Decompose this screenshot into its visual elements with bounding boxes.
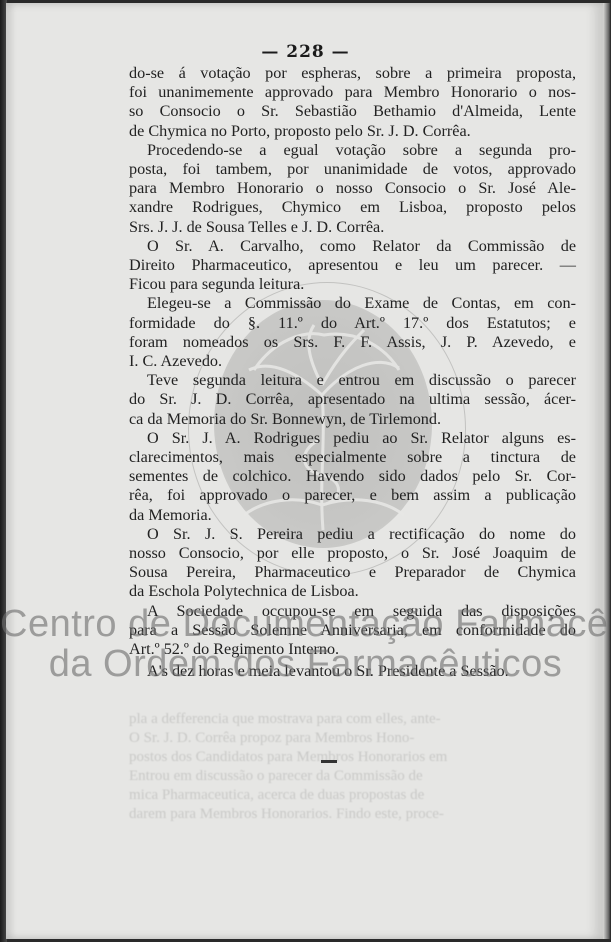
text-line: Elegeu-se a Commissão do Exame de Contas…: [129, 294, 576, 313]
text-line: I. C. Azevedo.: [129, 352, 576, 371]
text-line: Teve segunda leitura e entrou em discuss…: [129, 371, 576, 390]
text-line: do-se á votação por espheras, sobre a pr…: [129, 64, 576, 83]
text-line: O Sr. J. S. Pereira pediu a rectificação…: [129, 525, 576, 544]
paragraph: do-se á votação por espheras, sobre a pr…: [129, 64, 576, 141]
bleed-line: postos dos Candidatos para Membros Honor…: [129, 748, 576, 767]
document-body: do-se á votação por espheras, sobre a pr…: [129, 64, 576, 682]
text-line: da Memoria.: [129, 506, 576, 525]
text-line: Ficou para segunda leitura.: [129, 275, 576, 294]
paragraph: O Sr. J. S. Pereira pediu a rectificação…: [129, 525, 576, 602]
text-line: de Chymica no Porto, proposto pelo Sr. J…: [129, 122, 576, 141]
text-line: Procedendo-se a egual votação sobre a se…: [129, 141, 576, 160]
text-line: clarecimentos, mais especialmente sobre …: [129, 448, 576, 467]
text-line: O Sr. J. A. Rodrigues pediu ao Sr. Relat…: [129, 429, 576, 448]
page-edge-shadow: [603, 3, 611, 939]
text-line: Sousa Pereira, Pharmaceutico e Preparado…: [129, 563, 576, 582]
text-line: xandre Rodrigues, Chymico em Lisboa, pro…: [129, 198, 576, 217]
text-line: O Sr. A. Carvalho, como Relator da Commi…: [129, 237, 576, 256]
text-line: da Eschola Polytechnica de Lisboa.: [129, 582, 576, 601]
bleed-line: pla a defferencia que mostrava para com …: [129, 710, 576, 729]
text-line: Direito Pharmaceutico, apresentou e leu …: [129, 256, 576, 275]
text-line: sementes de colchico. Havendo sido dados…: [129, 467, 576, 486]
watermark-line-1: Centro de Documentação Farmacêutica: [0, 603, 611, 646]
end-rule: [321, 760, 337, 763]
text-line: foram nomeados os Srs. F. F. Assis, J. P…: [129, 333, 576, 352]
paragraph: O Sr. J. A. Rodrigues pediu ao Sr. Relat…: [129, 429, 576, 525]
bleed-line: mica Pharmaceutica, acerca de duas propo…: [129, 786, 576, 805]
text-line: para Membro Honorario o nosso Consocio o…: [129, 179, 576, 198]
text-line: formidade do §. 11.º do Art.º 17.º dos E…: [129, 314, 576, 333]
text-line: ca da Memoria do Sr. Bonnewyn, de Tirlem…: [129, 410, 576, 429]
text-line: do Sr. J. D. Corrêa, apresentado na ulti…: [129, 390, 576, 409]
text-line: nosso Consocio, por elle proposto, o Sr.…: [129, 544, 576, 563]
text-line: posta, foi tambem, por unanimidade de vo…: [129, 160, 576, 179]
paragraph: Teve segunda leitura e entrou em discuss…: [129, 371, 576, 429]
bleed-line: O Sr. J. D. Corrêa propoz para Membros H…: [129, 729, 576, 748]
text-line: foi unanimemente approvado para Membro H…: [129, 83, 576, 102]
paragraph: O Sr. A. Carvalho, como Relator da Commi…: [129, 237, 576, 295]
bleed-line: Entrou em discussão o parecer da Commiss…: [129, 767, 576, 786]
bleed-line: darem para Membros Honorarios. Findo est…: [129, 805, 576, 824]
bleed-through-text: pla a defferencia que mostrava para com …: [129, 710, 576, 824]
watermark-line-2: da Ordem dos Farmacêuticos: [0, 643, 611, 686]
text-line: so Consocio o Sr. Sebastião Bethamio d'A…: [129, 102, 576, 121]
paragraph: Procedendo-se a egual votação sobre a se…: [129, 141, 576, 237]
text-line: Srs. J. J. de Sousa Telles e J. D. Corrê…: [129, 218, 576, 237]
page-number: — 228 —: [0, 42, 611, 62]
paragraph: Elegeu-se a Commissão do Exame de Contas…: [129, 294, 576, 371]
text-line: rêa, foi approvado o parecer, e bem assi…: [129, 486, 576, 505]
